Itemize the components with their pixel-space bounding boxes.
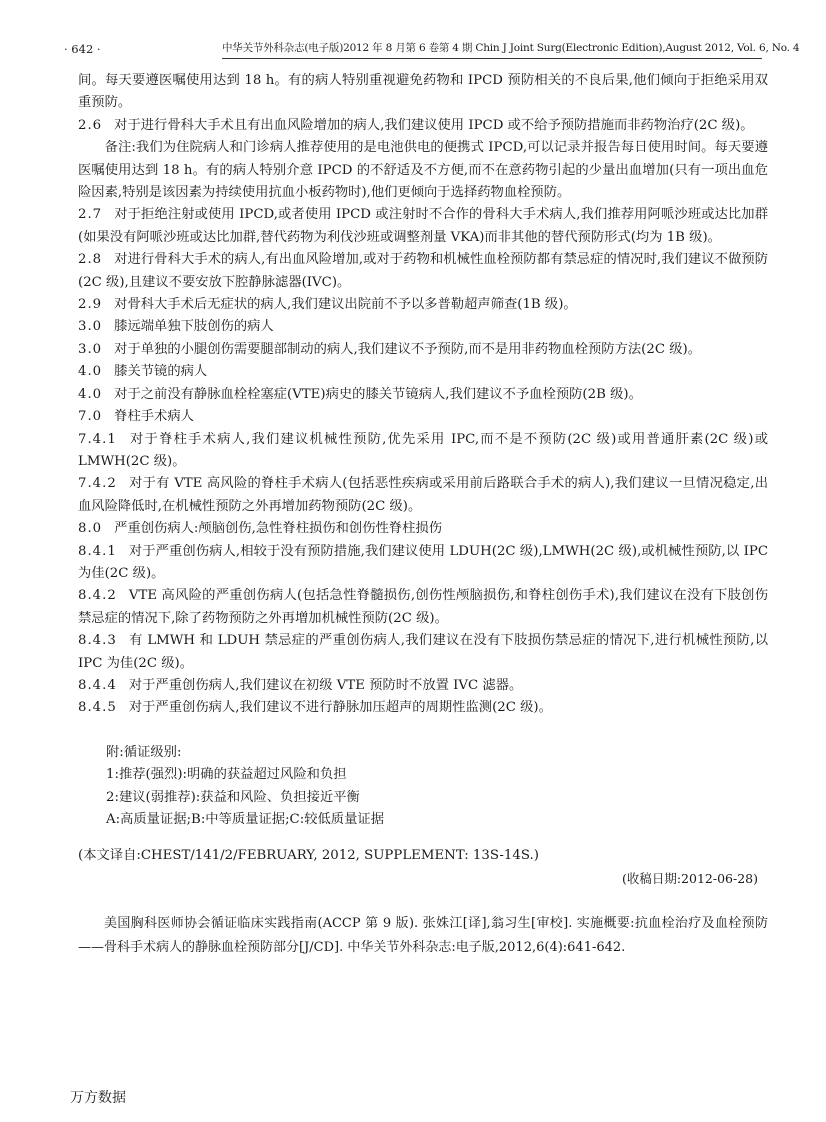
- section-number: 7.0: [78, 406, 102, 428]
- paragraph-text: 对骨科大手术后无症状的病人,我们建议出院前不予以多普勒超声筛查(1B 级)。: [114, 297, 577, 312]
- evidence-item: A:高质量证据;B:中等质量证据;C:较低质量证据: [106, 809, 768, 831]
- paragraph-text: VTE 高风险的严重创伤病人(包括急性脊髓损伤,创伤性颅脑损伤,和脊柱创伤手术)…: [78, 588, 768, 625]
- paragraph-text: 膝关节镜的病人: [114, 364, 207, 379]
- section-number: 3.0: [78, 316, 102, 338]
- paragraph: 3.0对于单独的小腿创伤需要腿部制动的病人,我们建议不予预防,而不是用非药物血栓…: [78, 339, 768, 361]
- paragraph: 8.4.4对于严重创伤病人,我们建议在初级 VTE 预防时不放置 IVC 滤器。: [78, 675, 768, 697]
- paragraph: 7.4.2对于有 VTE 高风险的脊柱手术病人(包括恶性疾病或采用前后路联合手术…: [78, 473, 768, 518]
- paragraph-text: 有 LMWH 和 LDUH 禁忌症的严重创伤病人,我们建议在没有下肢损伤禁忌症的…: [78, 633, 768, 670]
- paragraph-text: 对于严重创伤病人,相较于没有预防措施,我们建议使用 LDUH(2C 级),LMW…: [78, 544, 768, 581]
- section-number: 8.4.1: [78, 541, 117, 563]
- paragraph: 7.4.1对于脊柱手术病人,我们建议机械性预防,优先采用 IPC,而不是不预防(…: [78, 429, 768, 474]
- paragraph: 备注:我们为住院病人和门诊病人推荐使用的是电池供电的便携式 IPCD,可以记录并…: [78, 137, 768, 204]
- source-note: (本文译自:CHEST/141/2/FEBRUARY, 2012, SUPPLE…: [78, 845, 768, 867]
- section-number: 2.8: [78, 249, 102, 271]
- paragraph: 4.0膝关节镜的病人: [78, 361, 768, 383]
- page-number: · 642 ·: [64, 42, 101, 56]
- paragraph-text: 对于拒绝注射或使用 IPCD,或者使用 IPCD 或注射时不合作的骨科大手术病人…: [78, 207, 768, 244]
- paragraph-text: 间。每天要遵医嘱使用达到 18 h。有的病人特别重视避免药物和 IPCD 预防相…: [78, 73, 768, 110]
- citation: 美国胸科医师协会循证临床实践指南(ACCP 第 9 版). 张姝江[译],翁习生…: [78, 912, 768, 960]
- paragraph: 8.4.5对于严重创伤病人,我们建议不进行静脉加压超声的周期性监测(2C 级)。: [78, 697, 768, 719]
- paragraph: 8.4.3有 LMWH 和 LDUH 禁忌症的严重创伤病人,我们建议在没有下肢损…: [78, 630, 768, 675]
- paragraph-text: 严重创伤病人:颅脑创伤,急性脊柱损伤和创伤性脊柱损伤: [114, 521, 442, 536]
- section-number: 8.4.3: [78, 630, 117, 652]
- paragraph-text: 对于脊柱手术病人,我们建议机械性预防,优先采用 IPC,而不是不预防(2C 级)…: [78, 432, 768, 469]
- received-date: (收稿日期:2012-06-28): [78, 868, 758, 890]
- paragraph: 3.0膝远端单独下肢创伤的病人: [78, 316, 768, 338]
- section-number: 8.4.2: [78, 585, 117, 607]
- paragraph-text: 备注:我们为住院病人和门诊病人推荐使用的是电池供电的便携式 IPCD,可以记录并…: [78, 140, 768, 200]
- paragraph: 2.9对骨科大手术后无症状的病人,我们建议出院前不予以多普勒超声筛查(1B 级)…: [78, 294, 768, 316]
- section-number: 2.9: [78, 294, 102, 316]
- spacer: [78, 720, 768, 742]
- paragraph: 8.4.1对于严重创伤病人,相较于没有预防措施,我们建议使用 LDUH(2C 级…: [78, 541, 768, 586]
- section-number: 2.6: [78, 115, 102, 137]
- paragraph-text: 对于进行骨科大手术且有出血风险增加的病人,我们建议使用 IPCD 或不给予预防措…: [114, 118, 753, 133]
- paragraph-text: 膝远端单独下肢创伤的病人: [114, 319, 274, 334]
- evidence-levels: 附:循证级别: 1:推荐(强烈):明确的获益超过风险和负担 2:建议(弱推荐):…: [78, 742, 768, 832]
- paragraph-text: 脊柱手术病人: [114, 409, 194, 424]
- running-head: 中华关节外科杂志(电子版)2012 年 8 月第 6 卷第 4 期 Chin J…: [222, 40, 762, 59]
- paragraph: 间。每天要遵医嘱使用达到 18 h。有的病人特别重视避免药物和 IPCD 预防相…: [78, 70, 768, 115]
- evidence-item: 1:推荐(强烈):明确的获益超过风险和负担: [106, 764, 768, 786]
- section-number: 2.7: [78, 204, 102, 226]
- article-body: 间。每天要遵医嘱使用达到 18 h。有的病人特别重视避免药物和 IPCD 预防相…: [78, 70, 768, 960]
- section-number: 8.0: [78, 518, 102, 540]
- paragraph-text: 对于之前没有静脉血栓栓塞症(VTE)病史的膝关节镜病人,我们建议不予血栓预防(2…: [114, 387, 642, 402]
- paragraph-text: 对于严重创伤病人,我们建议不进行静脉加压超声的周期性监测(2C 级)。: [129, 700, 552, 715]
- paragraph-text: 对于有 VTE 高风险的脊柱手术病人(包括恶性疾病或采用前后路联合手术的病人),…: [78, 476, 768, 513]
- paragraph: 2.8对进行骨科大手术的病人,有出血风险增加,或对于药物和机械性血栓预防都有禁忌…: [78, 249, 768, 294]
- section-number: 8.4.4: [78, 675, 117, 697]
- section-number: 3.0: [78, 339, 102, 361]
- recommendation-list: 间。每天要遵医嘱使用达到 18 h。有的病人特别重视避免药物和 IPCD 预防相…: [78, 70, 768, 720]
- paragraph: 4.0对于之前没有静脉血栓栓塞症(VTE)病史的膝关节镜病人,我们建议不予血栓预…: [78, 384, 768, 406]
- paragraph-text: 对于单独的小腿创伤需要腿部制动的病人,我们建议不予预防,而不是用非药物血栓预防方…: [114, 342, 701, 357]
- paragraph: 2.6对于进行骨科大手术且有出血风险增加的病人,我们建议使用 IPCD 或不给予…: [78, 115, 768, 137]
- section-number: 7.4.1: [78, 429, 117, 451]
- section-number: 7.4.2: [78, 473, 117, 495]
- paragraph-text: 对于严重创伤病人,我们建议在初级 VTE 预防时不放置 IVC 滤器。: [129, 678, 522, 693]
- paragraph: 7.0脊柱手术病人: [78, 406, 768, 428]
- watermark: 万方数据: [70, 1087, 126, 1107]
- evidence-item: 2:建议(弱推荐):获益和风险、负担接近平衡: [106, 787, 768, 809]
- section-number: 8.4.5: [78, 697, 117, 719]
- evidence-title: 附:循证级别:: [106, 742, 768, 764]
- paragraph: 2.7对于拒绝注射或使用 IPCD,或者使用 IPCD 或注射时不合作的骨科大手…: [78, 204, 768, 249]
- section-number: 4.0: [78, 384, 102, 406]
- paragraph: 8.4.2VTE 高风险的严重创伤病人(包括急性脊髓损伤,创伤性颅脑损伤,和脊柱…: [78, 585, 768, 630]
- section-number: 4.0: [78, 361, 102, 383]
- paragraph: 8.0严重创伤病人:颅脑创伤,急性脊柱损伤和创伤性脊柱损伤: [78, 518, 768, 540]
- paragraph-text: 对进行骨科大手术的病人,有出血风险增加,或对于药物和机械性血栓预防都有禁忌症的情…: [78, 252, 768, 289]
